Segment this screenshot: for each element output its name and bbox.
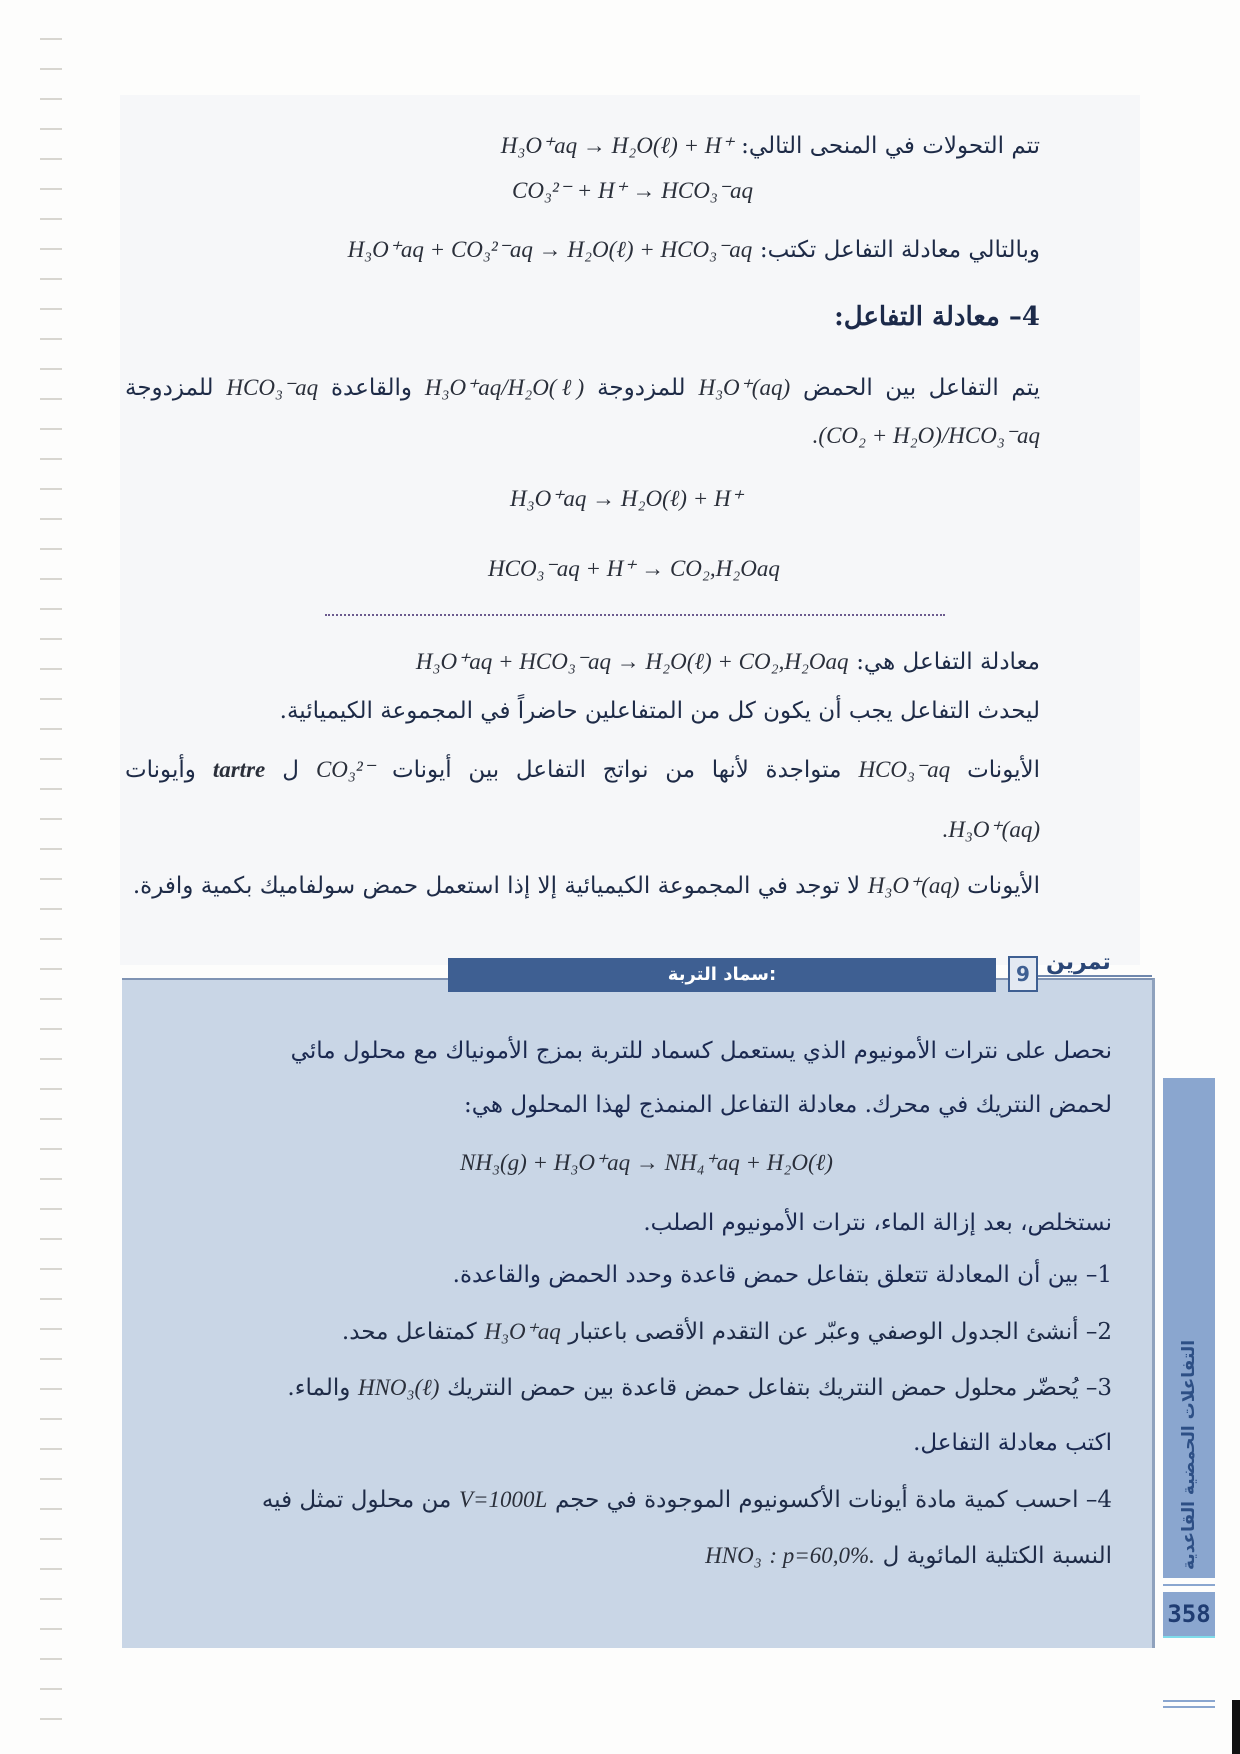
exercise-title-bar: سماد التربة: — [448, 958, 996, 992]
side-rule-bottom-2 — [1163, 1706, 1215, 1708]
page-number: 358 — [1163, 1592, 1215, 1638]
formula-co3: CO₃²⁻ — [316, 757, 375, 782]
question-1: 1– بين أن المعادلة تتعلق بتفاعل حمض قاعد… — [453, 1258, 1112, 1292]
question-3-line-2: اكتب معادلة التفاعل. — [913, 1426, 1112, 1460]
section-4-heading: 4– معادلة التفاعل: — [834, 300, 1040, 334]
text-products: متواجدة لأنها من نواتج التفاعل بين أيونا… — [392, 757, 842, 783]
text-ions: الأيونات — [967, 757, 1040, 783]
text-base: والقاعدة — [331, 375, 412, 401]
question-4: 4– احسب كمية مادة أيونات الأكسونيوم المو… — [262, 1482, 1112, 1517]
transition-equation-2: CO₃²⁻ + H⁺ → HCO₃⁻aq — [512, 178, 753, 204]
text-sulfamic-acid: لا توجد في المجموعة الكيميائية إلا إذا ا… — [133, 873, 860, 899]
side-rule-bottom-1 — [1163, 1700, 1215, 1702]
question-2: 2– أنشئ الجدول الوصفي وعبّر عن التقدم ال… — [342, 1314, 1112, 1349]
formula-h3o: H₃O⁺(aq) — [698, 375, 790, 400]
formula-hco3: HCO₃⁻aq — [226, 375, 318, 400]
combined-equation: H₃O⁺aq + CO₃²⁻aq → H₂O(ℓ) + HCO₃⁻aq — [348, 237, 753, 262]
half-equation-2: HCO₃⁻aq + H⁺ → CO₂,H₂Oaq — [488, 556, 780, 582]
exercise-intro-line-1: نحصل على نترات الأمونيوم الذي يستعمل كسم… — [291, 1034, 1112, 1068]
text-ions-2: الأيونات — [967, 873, 1040, 899]
question-4-line-2: النسبة الكتلية المائوية ل HNO₃ : p=60,0%… — [705, 1538, 1112, 1573]
page-binding-edge — [40, 20, 62, 1740]
exercise-label: تمرين — [1046, 950, 1111, 975]
overall-equation-label: معادلة التفاعل هي: — [856, 649, 1040, 675]
chapter-title: التفاعلات الحمضية القاعدية — [1163, 1320, 1215, 1570]
formula-h3o-end: .H₃O⁺(aq) — [943, 817, 1040, 842]
question-4-mass-percent-text: النسبة الكتلية المائوية ل — [883, 1543, 1112, 1569]
text-and-ions: وأيونات — [125, 757, 196, 783]
exercise-after-equation: نستخلص، بعد إزالة الماء، نترات الأمونيوم… — [643, 1206, 1112, 1240]
combined-equation-line: وبالتالي معادلة التفاعل تكتب: H₃O⁺aq + C… — [348, 232, 1040, 267]
transition-label: تتم التحولات في المنحى التالي: — [741, 133, 1040, 159]
half-equation-1: H₃O⁺aq → H₂O(ℓ) + H⁺ — [510, 486, 743, 512]
exercise-intro-line-2: لحمض النتريك في محرك. معادلة التفاعل الم… — [464, 1088, 1112, 1122]
transition-line-1: تتم التحولات في المنحى التالي: H₃O⁺aq → … — [501, 128, 1040, 163]
question-3-text-b: والماء. — [287, 1375, 350, 1401]
exercise-number-badge: 9 — [1008, 956, 1038, 992]
question-4-percentage: : p=60,0%. — [769, 1543, 875, 1568]
question-2-text-b: كمتفاعل محد. — [342, 1319, 477, 1345]
question-4-text-a: 4– احسب كمية مادة أيونات الأكسونيوم المو… — [555, 1487, 1112, 1513]
question-4-text-b: من محلول تمثل فيه — [262, 1487, 451, 1513]
formula-h3o-2: H₃O⁺(aq) — [868, 873, 960, 898]
exercise-equation: NH₃(g) + H₃O⁺aq → NH₄⁺aq + H₂O(ℓ) — [460, 1150, 833, 1176]
note-ions-line-1: الأيونات HCO₃⁻aq متواجدة لأنها من نواتج … — [125, 752, 1040, 787]
note-reactants-present: ليحدث التفاعل يجب أن يكون كل من المتفاعل… — [280, 694, 1040, 728]
question-3: 3– يُحضّر محلول حمض النتريك بتفاعل حمض ق… — [287, 1370, 1112, 1405]
transition-equation-1: H₃O⁺aq → H₂O(ℓ) + H⁺ — [501, 133, 734, 158]
exercise-header-rule — [1034, 975, 1152, 977]
question-4-formula-hno3: HNO₃ — [705, 1543, 762, 1568]
scan-edge-mark — [1232, 1700, 1240, 1754]
formula-hco3-ion: HCO₃⁻aq — [858, 757, 950, 782]
note-ions-line-2: .H₃O⁺(aq) — [943, 812, 1040, 847]
question-2-text-a: 2– أنشئ الجدول الوصفي وعبّر عن التقدم ال… — [568, 1319, 1112, 1345]
note-h3o-sulfamic: الأيونات H₃O⁺(aq) لا توجد في المجموعة ال… — [133, 868, 1040, 903]
question-4-volume: V=1000L — [459, 1487, 547, 1512]
formula-couple-h3o-h2o: H₃O⁺aq/H₂O(ℓ) — [425, 375, 584, 400]
text-of: ل — [282, 757, 299, 783]
text-couple-2: للمزدوجة — [125, 375, 214, 401]
question-3-text-a: 3– يُحضّر محلول حمض النتريك بتفاعل حمض ق… — [447, 1375, 1112, 1401]
question-3-formula: HNO₃(ℓ) — [358, 1375, 439, 1400]
text-acid-reaction: يتم التفاعل بين الحمض — [803, 375, 1040, 401]
question-2-formula: H₃O⁺aq — [484, 1319, 560, 1344]
side-rule-top — [1163, 1584, 1215, 1586]
combined-equation-label: وبالتالي معادلة التفاعل تكتب: — [760, 237, 1040, 263]
section-4-paragraph-line-1: يتم التفاعل بين الحمض H₃O⁺(aq) للمزدوجة … — [125, 370, 1040, 405]
dotted-separator — [325, 614, 945, 616]
formula-couple-co2-hco3: .(CO₂ + H₂O)/HCO₃⁻aq — [813, 423, 1040, 448]
text-couple: للمزدوجة — [597, 375, 686, 401]
overall-equation-line: معادلة التفاعل هي: H₃O⁺aq + HCO₃⁻aq → H₂… — [416, 644, 1040, 679]
section-4-paragraph-line-2: .(CO₂ + H₂O)/HCO₃⁻aq — [813, 418, 1040, 453]
word-tartre: tartre — [213, 757, 265, 782]
overall-equation: H₃O⁺aq + HCO₃⁻aq → H₂O(ℓ) + CO₂,H₂Oaq — [416, 649, 849, 674]
